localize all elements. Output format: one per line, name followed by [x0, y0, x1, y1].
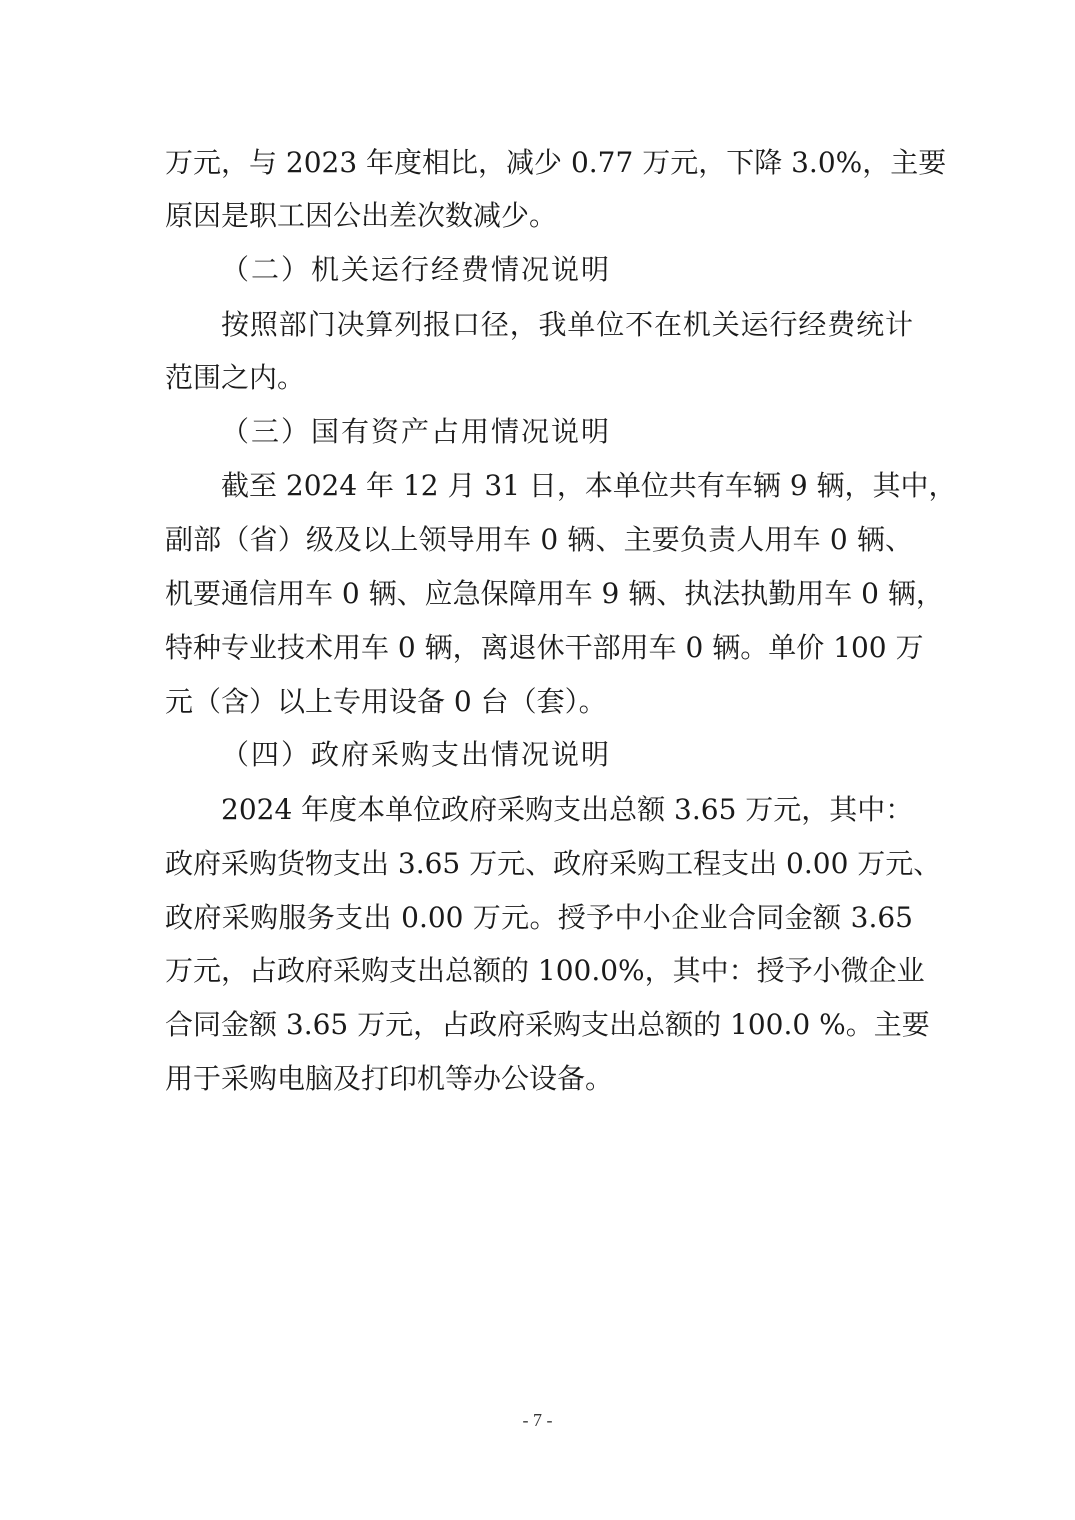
body-text-line: 2024 年度本单位政府采购支出总额 3.65 万元，其中： [221, 790, 913, 830]
body-text-line: 万元，占政府采购支出总额的 100.0%，其中：授予小微企业 [165, 951, 913, 991]
body-text-line: 元（含）以上专用设备 0 台（套）。 [165, 682, 913, 722]
body-text-line: 万元，与 2023 年度相比，减少 0.77 万元，下降 3.0%，主要 [165, 143, 913, 183]
body-text-line: 特种专业技术用车 0 辆，离退休干部用车 0 辆。单价 100 万 [165, 628, 913, 668]
section-heading-operating-expenses: （二）机关运行经费情况说明 [221, 250, 611, 290]
body-text-line: 副部（省）级及以上领导用车 0 辆、主要负责人用车 0 辆、 [165, 520, 913, 560]
body-text-line: 按照部门决算列报口径，我单位不在机关运行经费统计 [221, 305, 913, 345]
body-text-line: 用于采购电脑及打印机等办公设备。 [165, 1059, 913, 1099]
body-text-line: 原因是职工因公出差次数减少。 [165, 196, 913, 236]
section-heading-government-procurement: （四）政府采购支出情况说明 [221, 735, 611, 775]
body-text-line: 截至 2024 年 12 月 31 日，本单位共有车辆 9 辆，其中， [221, 466, 913, 506]
page-number: - 7 - [0, 1408, 1075, 1432]
body-text-line: 政府采购服务支出 0.00 万元。授予中小企业合同金额 3.65 [165, 898, 913, 938]
document-page: 万元，与 2023 年度相比，减少 0.77 万元，下降 3.0%，主要 原因是… [0, 0, 1075, 1520]
body-text-line: 机要通信用车 0 辆、应急保障用车 9 辆、执法执勤用车 0 辆， [165, 574, 913, 614]
body-text-line: 政府采购货物支出 3.65 万元、政府采购工程支出 0.00 万元、 [165, 844, 913, 884]
body-text-line: 合同金额 3.65 万元，占政府采购支出总额的 100.0 %。主要 [165, 1005, 913, 1045]
section-heading-state-assets: （三）国有资产占用情况说明 [221, 412, 611, 452]
body-text-line: 范围之内。 [165, 358, 913, 398]
